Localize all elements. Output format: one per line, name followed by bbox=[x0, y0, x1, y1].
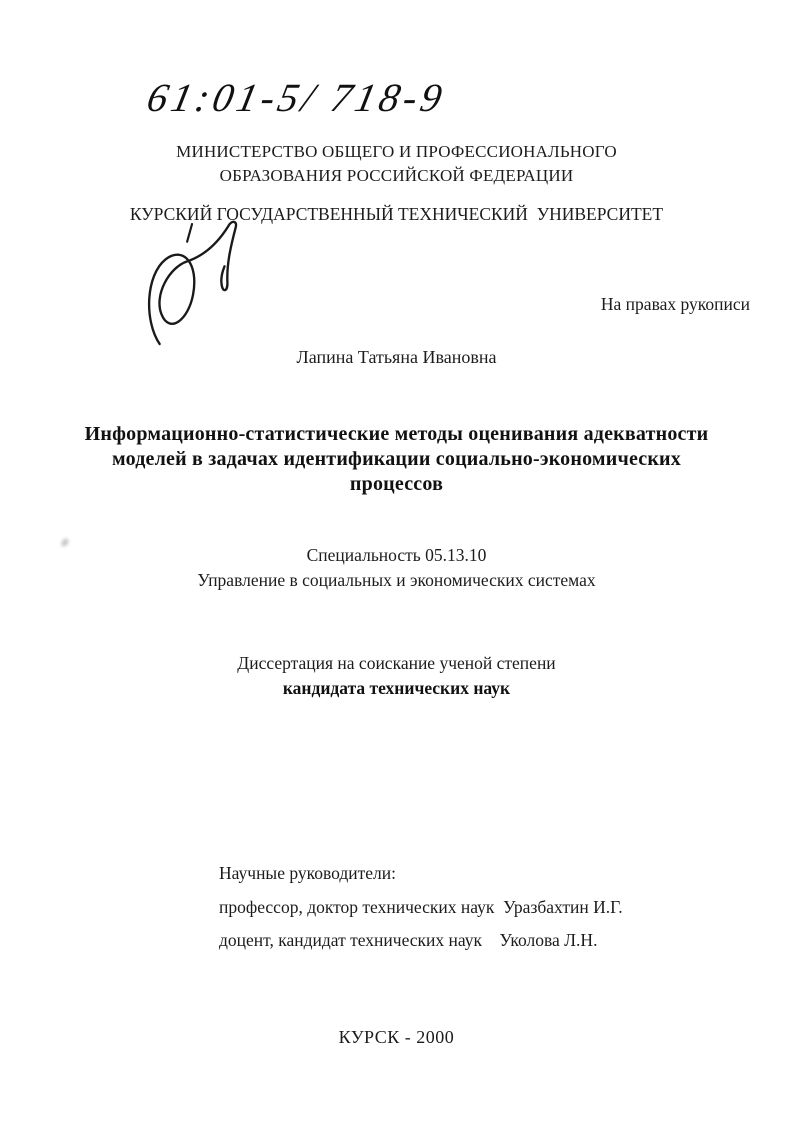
dissertation-title-line-3: процессов bbox=[0, 473, 793, 496]
thesis-degree-line: кандидата технических наук bbox=[0, 678, 793, 699]
specialty-code: Специальность 05.13.10 bbox=[0, 545, 793, 566]
specialty-name: Управление в социальных и экономических … bbox=[0, 570, 793, 591]
supervisor-1: профессор, доктор технических наук Уразб… bbox=[219, 897, 623, 918]
dissertation-title-line-1: Информационно-статистические методы оцен… bbox=[0, 423, 793, 446]
university-name: КУРСКИЙ ГОСУДАРСТВЕННЫЙ ТЕХНИЧЕСКИЙ УНИВ… bbox=[0, 204, 793, 225]
manuscript-rights-note: На правах рукописи bbox=[601, 294, 750, 315]
dissertation-title-line-2: моделей в задачах идентификации социальн… bbox=[0, 448, 793, 471]
supervisor-2: доцент, кандидат технических наук Уколов… bbox=[219, 930, 597, 951]
signature-stroke bbox=[136, 213, 254, 353]
city-and-year: КУРСК - 2000 bbox=[0, 1027, 793, 1048]
author-name: Лапина Татьяна Ивановна bbox=[0, 347, 793, 368]
supervisors-heading: Научные руководители: bbox=[219, 863, 396, 884]
handwritten-signature bbox=[136, 213, 254, 353]
thesis-statement-line-1: Диссертация на соискание ученой степени bbox=[0, 653, 793, 674]
ministry-line-1: МИНИСТЕРСТВО ОБЩЕГО И ПРОФЕССИОНАЛЬНОГО bbox=[0, 142, 793, 162]
ministry-line-2: ОБРАЗОВАНИЯ РОССИЙСКОЙ ФЕДЕРАЦИИ bbox=[0, 166, 793, 186]
handwritten-call-number: 61:01-5/ 718-9 bbox=[143, 74, 450, 121]
dissertation-title-page: 61:01-5/ 718-9 МИНИСТЕРСТВО ОБЩЕГО И ПРО… bbox=[0, 0, 793, 1122]
